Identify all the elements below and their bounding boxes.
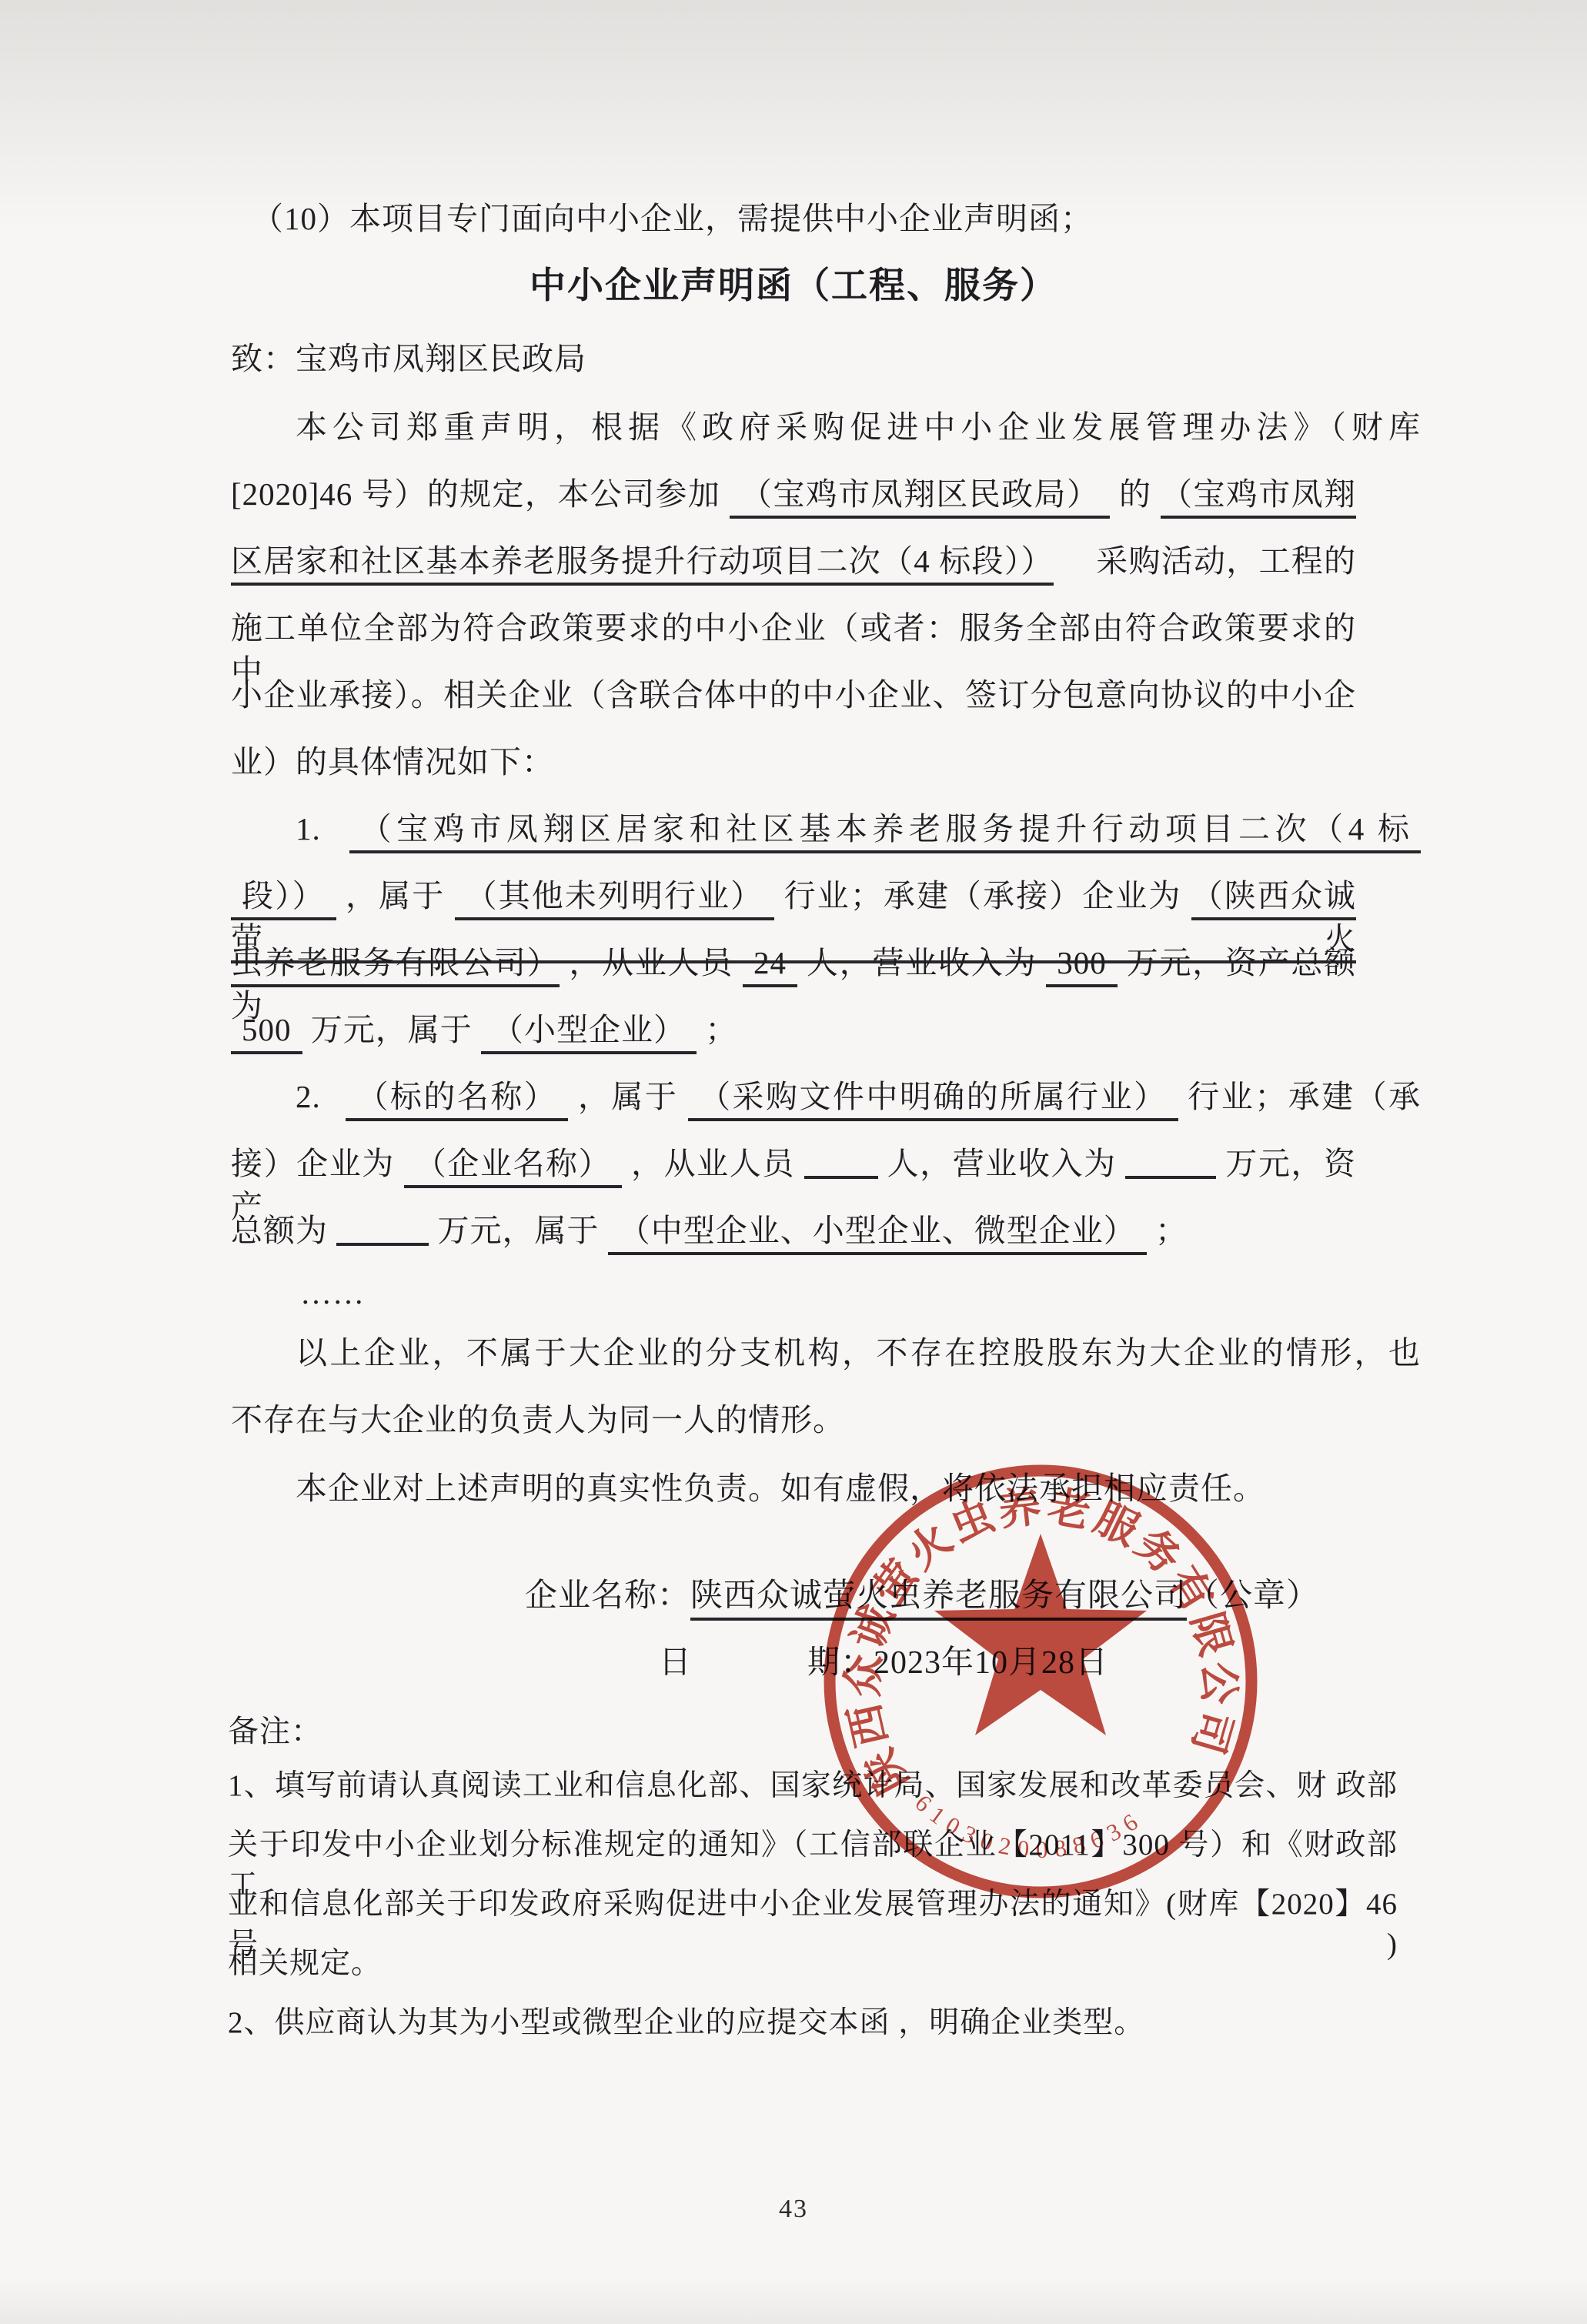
para1-line1: 本公司郑重声明，根据《政府采购促进中小企业发展管理办法》（财库 — [231, 406, 1421, 449]
underlined-revenue: 300 — [1046, 945, 1118, 987]
para1-line6: 业）的具体情况如下： — [231, 740, 1356, 783]
signature-date-line: 日期：2023年10月28日 — [659, 1641, 1108, 1685]
intro-text: （10）本项目专门面向中小企业，需提供中小企业声明函； — [252, 201, 1093, 236]
notes-header: 备注： — [228, 1711, 1398, 1751]
underlined-subject-name: （宝鸡市凤翔区居家和社区基本养老服务提升行动项目二次（4 标 — [349, 811, 1421, 853]
note-line5: 2、供应商认为其为小型或微型企业的应提交本函 ，明确企业类型。 — [228, 2003, 1398, 2043]
closing-line2: 不存在与大企业的负责人为同一人的情形。 — [231, 1398, 1356, 1441]
blank-revenue — [1125, 1153, 1216, 1179]
underlined-project-cont: 区居家和社区基本养老服务提升行动项目二次（4 标段）） — [231, 543, 1054, 586]
recipient-line: 致：宝鸡市凤翔区民政局 — [231, 337, 1356, 380]
company-name-label: 企业名称： — [525, 1578, 690, 1614]
underlined-assets: 500 — [231, 1012, 302, 1054]
para1-line5: 小企业承接）。相关企业（含联合体中的中小企业、签订分包意向协议的中小企 — [231, 673, 1356, 716]
note-line1: 1、填写前请认真阅读工业和信息化部、国家统计局、国家发展和改革委员会、财 政部 — [228, 1766, 1398, 1806]
seal-note: （公章） — [1187, 1578, 1319, 1614]
signature-name-line: 企业名称：陕西众诚萤火虫养老服务有限公司（公章） — [525, 1574, 1319, 1618]
underlined-industry: （其他未列明行业） — [455, 878, 775, 920]
underlined-purchaser: （宝鸡市凤翔区民政局） — [730, 476, 1110, 519]
underlined-employees: 24 — [743, 945, 797, 987]
item2-line3: 总额为 万元，属于 （中型企业、小型企业、微型企业） ； — [231, 1209, 1356, 1252]
page-title: 中小企业声明函（工程、服务） — [0, 257, 1587, 309]
star-icon — [934, 1534, 1147, 1735]
underlined-companyname-placeholder: （企业名称） — [404, 1146, 622, 1188]
underlined-project-start: （宝鸡市凤翔 — [1161, 476, 1356, 519]
date-value: 2023年10月28日 — [874, 1645, 1108, 1681]
item1-line4: 500 万元，属于 （小型企业） ； — [231, 1008, 1356, 1051]
item1-number: 1. — [296, 811, 321, 846]
page-number: 43 — [0, 2195, 1587, 2224]
document-page: （10）本项目专门面向中小企业，需提供中小企业声明函； 中小企业声明函（工程、服… — [0, 0, 1587, 2324]
underlined-industry-placeholder: （采购文件中明确的所属行业） — [688, 1079, 1178, 1121]
item2-line1: 2. （标的名称） ，属于 （采购文件中明确的所属行业） 行业；承建（承 — [231, 1075, 1421, 1118]
underlined-company-cont: 虫养老服务有限公司） — [231, 945, 560, 987]
para1-line3: 区居家和社区基本养老服务提升行动项目二次（4 标段）） 采购活动，工程的 — [231, 539, 1356, 583]
ellipsis-line: …… — [231, 1271, 1425, 1314]
closing-line1: 以上企业，不属于大企业的分支机构，不存在控股股东为大企业的情形，也 — [231, 1331, 1421, 1374]
company-name-value: 陕西众诚萤火虫养老服务有限公司 — [690, 1578, 1187, 1621]
seal-company-text: 陕西众诚萤火虫养老服务有限公司 — [816, 1458, 1255, 1815]
note-line4: 相关规定。 — [228, 1944, 1398, 1984]
closing-line3: 本企业对上述声明的真实性负责。如有虚假，将依法承担相应责任。 — [231, 1467, 1421, 1510]
underlined-type-options: （中型企业、小型企业、微型企业） — [608, 1213, 1147, 1255]
blank-assets — [336, 1220, 429, 1246]
blank-employees — [804, 1153, 878, 1179]
underlined-enterprise-type: （小型企业） — [481, 1012, 697, 1054]
underlined-subject-placeholder: （标的名称） — [346, 1079, 568, 1121]
para1-line2: [2020]46 号）的规定，本公司参加 （宝鸡市凤翔区民政局） 的 （宝鸡市凤… — [231, 472, 1356, 516]
item2-number: 2. — [296, 1079, 321, 1114]
intro-line: （10）本项目专门面向中小企业，需提供中小企业声明函； — [231, 197, 1377, 240]
item1-line1: 1. （宝鸡市凤翔区居家和社区基本养老服务提升行动项目二次（4 标 — [231, 807, 1421, 850]
